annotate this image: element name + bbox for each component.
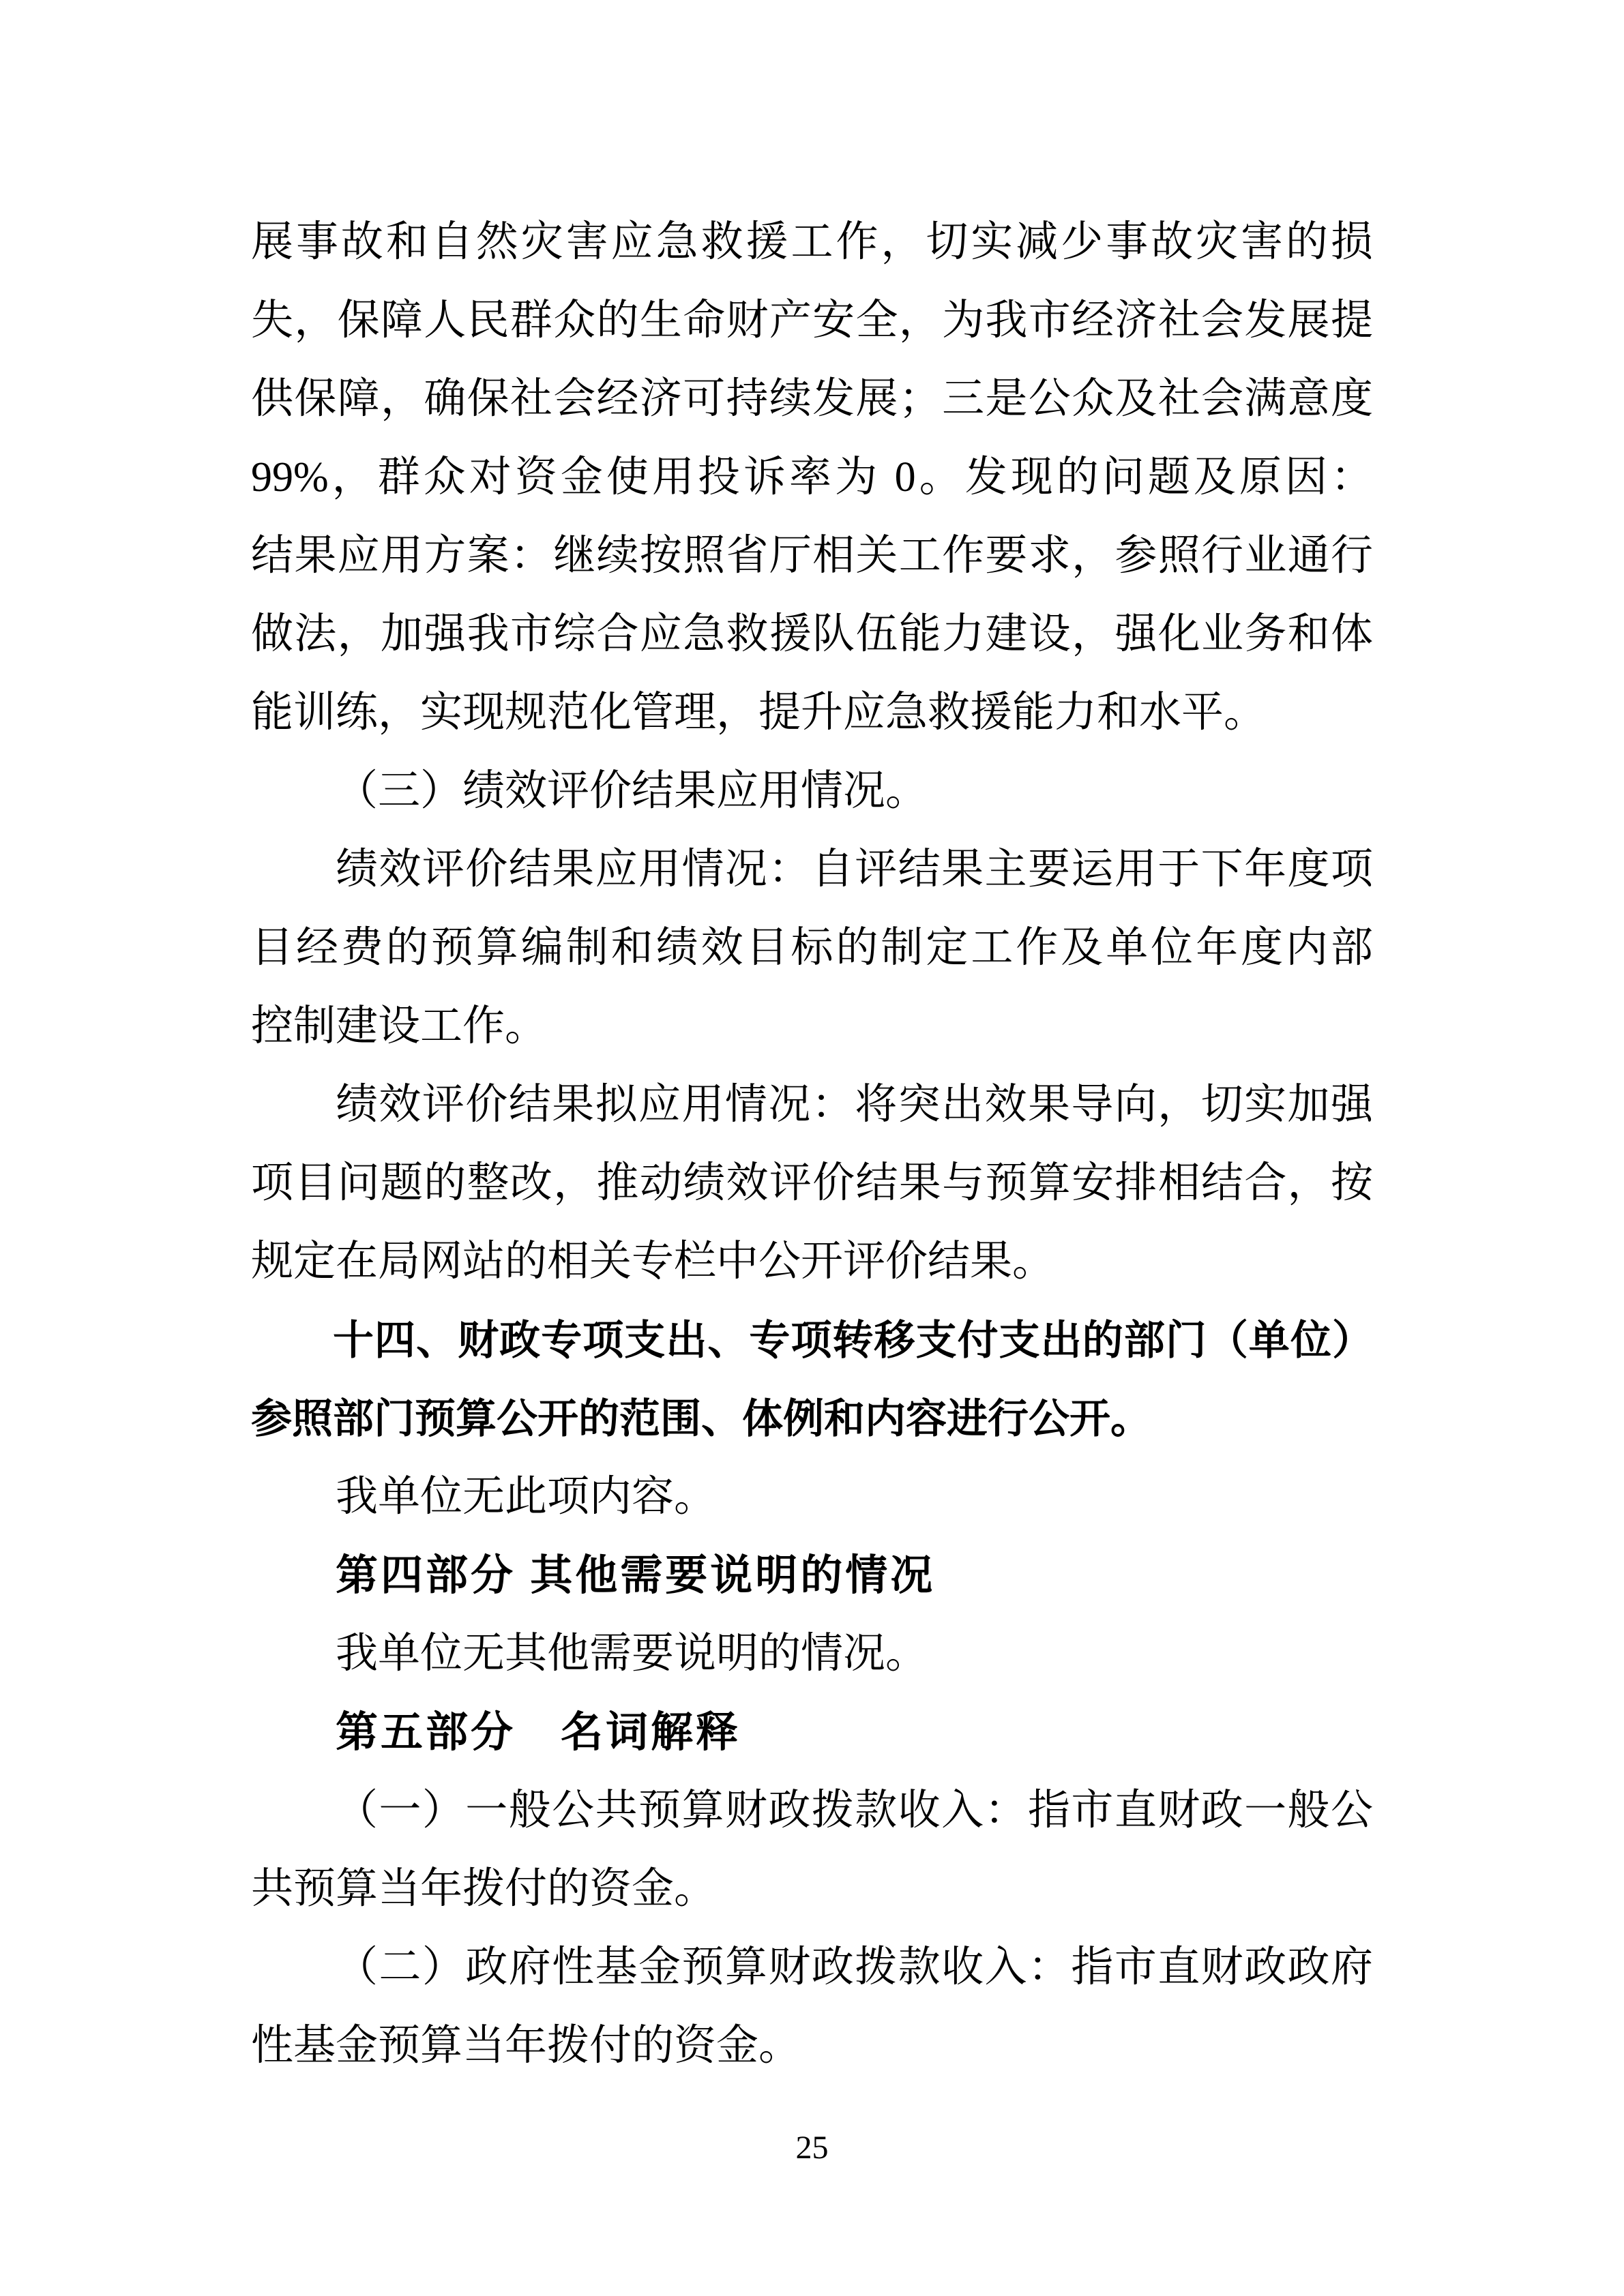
text-line: 规定在局网站的相关专栏中公开评价结果。: [251, 1223, 1373, 1301]
text-line: 控制建设工作。: [251, 987, 1373, 1066]
paragraph: （三）绩效评价结果应用情况。: [251, 752, 1373, 831]
text-line: 我单位无此项内容。: [251, 1458, 1373, 1536]
paragraph: 展事故和自然灾害应急救援工作，切实减少事故灾害的损失，保障人民群众的生命财产安全…: [251, 203, 1373, 752]
text-line: 我单位无其他需要说明的情况。: [251, 1615, 1373, 1693]
paragraph: （一）一般公共预算财政拨款收入：指市直财政一般公共预算当年拨付的资金。: [251, 1772, 1373, 1928]
text-line: 能训练，实现规范化管理，提升应急救援能力和水平。: [251, 674, 1373, 752]
text-line: 参照部门预算公开的范围、体例和内容进行公开。: [251, 1380, 1373, 1458]
section-heading: 第四部分 其他需要说明的情况: [251, 1536, 1373, 1615]
text-line: 展事故和自然灾害应急救援工作，切实减少事故灾害的损: [251, 203, 1373, 282]
text-line: 绩效评价结果拟应用情况：将突出效果导向，切实加强: [251, 1066, 1373, 1144]
page-number: 25: [796, 2130, 829, 2166]
paragraph: 我单位无其他需要说明的情况。: [251, 1615, 1373, 1693]
text-line: 供保障，确保社会经济可持续发展；三是公众及社会满意度: [251, 360, 1373, 438]
section-heading-line: 第四部分 其他需要说明的情况: [251, 1536, 1373, 1615]
text-line: 性基金预算当年拨付的资金。: [251, 2007, 1373, 2085]
text-line: 99%，群众对资金使用投诉率为 0。发现的问题及原因：无。: [251, 438, 1373, 517]
text-line: 做法，加强我市综合应急救援队伍能力建设，强化业务和体: [251, 595, 1373, 674]
paragraph: （二）政府性基金预算财政拨款收入：指市直财政政府性基金预算当年拨付的资金。: [251, 1928, 1373, 2085]
text-line: （三）绩效评价结果应用情况。: [251, 752, 1373, 831]
paragraph: 十四、财政专项支出、专项转移支付支出的部门（单位）参照部门预算公开的范围、体例和…: [251, 1301, 1373, 1458]
document-page: 展事故和自然灾害应急救援工作，切实减少事故灾害的损失，保障人民群众的生命财产安全…: [0, 0, 1624, 2296]
text-line: （二）政府性基金预算财政拨款收入：指市直财政政府: [251, 1928, 1373, 2007]
text-line: 十四、财政专项支出、专项转移支付支出的部门（单位）: [251, 1301, 1373, 1380]
text-line: 项目问题的整改，推动绩效评价结果与预算安排相结合，按: [251, 1144, 1373, 1223]
page-footer: 25: [0, 2128, 1624, 2168]
paragraph: 绩效评价结果应用情况：自评结果主要运用于下年度项目经费的预算编制和绩效目标的制定…: [251, 831, 1373, 1066]
text-line: 绩效评价结果应用情况：自评结果主要运用于下年度项: [251, 831, 1373, 909]
text-line: 结果应用方案：继续按照省厅相关工作要求，参照行业通行: [251, 517, 1373, 595]
paragraph: 我单位无此项内容。: [251, 1458, 1373, 1536]
section-heading-line: 第五部分 名词解释: [251, 1693, 1373, 1772]
document-content: 展事故和自然灾害应急救援工作，切实减少事故灾害的损失，保障人民群众的生命财产安全…: [251, 203, 1373, 2085]
text-line: 失，保障人民群众的生命财产安全，为我市经济社会发展提: [251, 282, 1373, 360]
section-heading: 第五部分 名词解释: [251, 1693, 1373, 1772]
text-line: 目经费的预算编制和绩效目标的制定工作及单位年度内部: [251, 909, 1373, 987]
text-line: 共预算当年拨付的资金。: [251, 1850, 1373, 1928]
text-line: （一）一般公共预算财政拨款收入：指市直财政一般公: [251, 1772, 1373, 1850]
paragraph: 绩效评价结果拟应用情况：将突出效果导向，切实加强项目问题的整改，推动绩效评价结果…: [251, 1066, 1373, 1301]
